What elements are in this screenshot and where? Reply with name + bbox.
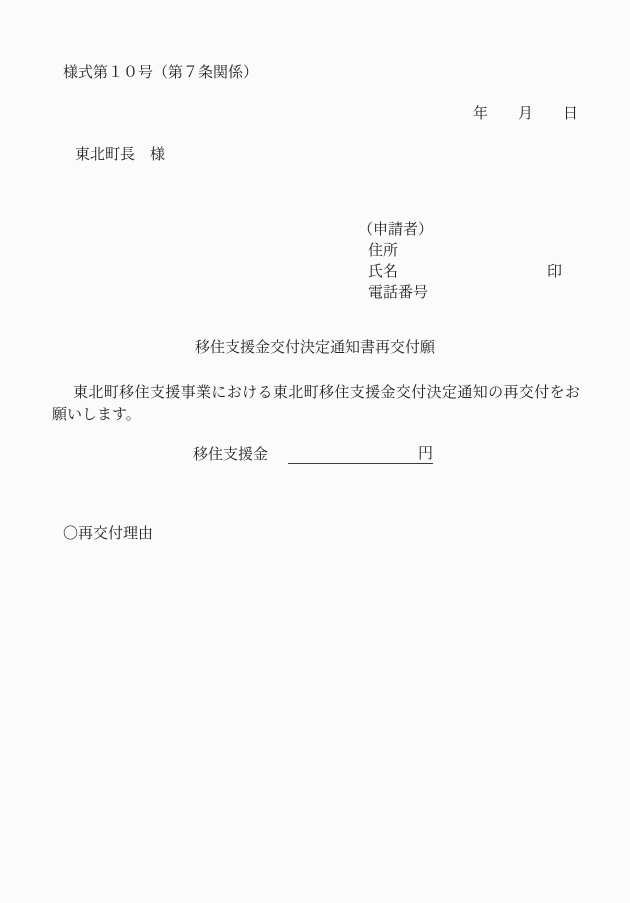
applicant-name-label: 氏名: [368, 261, 398, 282]
applicant-phone-label: 電話番号: [358, 282, 562, 303]
document-page: 様式第１０号（第７条関係） 年 月 日 東北町長 様 （申請者） 住所 氏名 印…: [0, 0, 630, 903]
amount-label: 移住支援金: [193, 445, 268, 463]
amount-unit: 円: [418, 444, 433, 462]
body-paragraph: 東北町移住支援事業における東北町移住支援金交付決定通知の再交付をお願いします。: [52, 381, 580, 425]
applicant-label: （申請者）: [358, 219, 562, 240]
amount-blank-field: 円: [288, 443, 433, 464]
seal-label: 印: [547, 261, 562, 282]
form-number: 様式第１０号（第７条関係）: [63, 62, 258, 82]
addressee: 東北町長 様: [75, 144, 165, 164]
applicant-name-row: 氏名 印: [358, 261, 562, 282]
amount-line: 移住支援金円: [193, 443, 433, 464]
applicant-block: （申請者） 住所 氏名 印 電話番号: [358, 219, 562, 303]
applicant-address-label: 住所: [358, 240, 562, 261]
document-title: 移住支援金交付決定通知書再交付願: [0, 337, 630, 357]
date-line: 年 月 日: [52, 103, 578, 123]
reason-heading: 〇再交付理由: [63, 523, 153, 543]
